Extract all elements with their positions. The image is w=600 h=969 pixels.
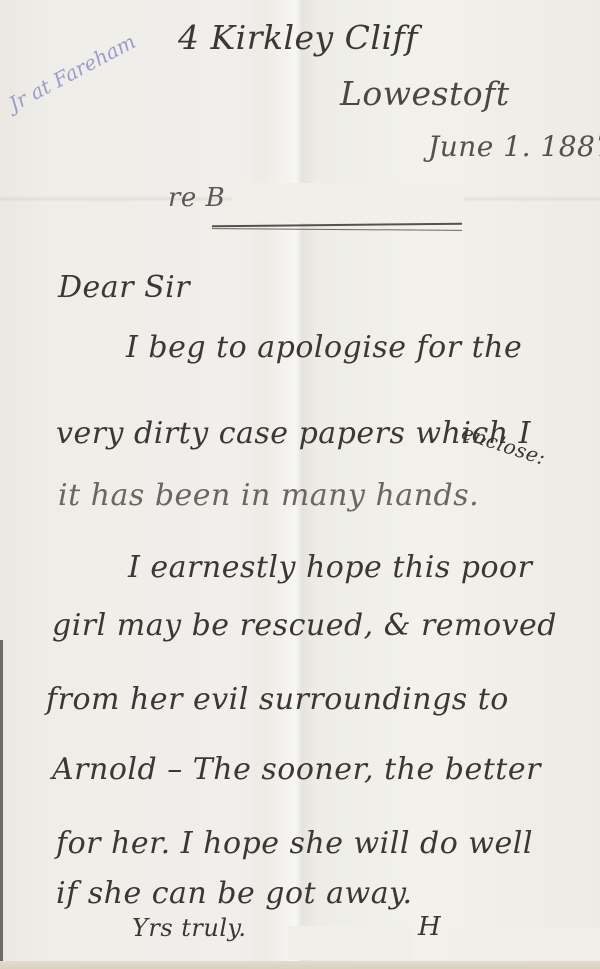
- body-line-2: very dirty case papers which I: [56, 416, 531, 451]
- body-line-1: I beg to apologise for the: [126, 330, 522, 365]
- reference-underline-second: [212, 228, 462, 231]
- reference-prefix: re B: [168, 183, 225, 213]
- redaction-block-signature: [288, 926, 413, 960]
- body-line-8: for her. I hope she will do well: [56, 826, 533, 861]
- address-line-1: 4 Kirkley Cliff: [178, 18, 418, 57]
- body-line-7: Arnold – The sooner, the better: [52, 752, 541, 787]
- letter-page: 4 Kirkley Cliff Lowestoft June 1. 1887 J…: [0, 0, 600, 969]
- body-line-4: I earnestly hope this poor: [128, 550, 532, 585]
- signature-initial: H: [418, 912, 441, 942]
- page-bottom-edge: [0, 961, 600, 969]
- redaction-block-signature-2: [450, 928, 600, 960]
- page-edge-shadow: [0, 640, 3, 969]
- letter-date: June 1. 1887: [428, 130, 600, 163]
- body-line-9: if she can be got away.: [56, 876, 413, 911]
- reference-underline: [212, 223, 462, 228]
- body-line-6: from her evil surroundings to: [46, 682, 509, 717]
- salutation: Dear Sir: [58, 270, 190, 305]
- pencil-annotation: Jr at Fareham: [5, 29, 140, 116]
- body-line-5: girl may be rescued, & removed: [52, 608, 557, 643]
- redaction-block-reference: [232, 183, 464, 223]
- body-line-3: it has been in many hands.: [58, 478, 479, 513]
- valediction: Yrs truly.: [132, 914, 247, 942]
- address-line-2: Lowestoft: [340, 74, 510, 113]
